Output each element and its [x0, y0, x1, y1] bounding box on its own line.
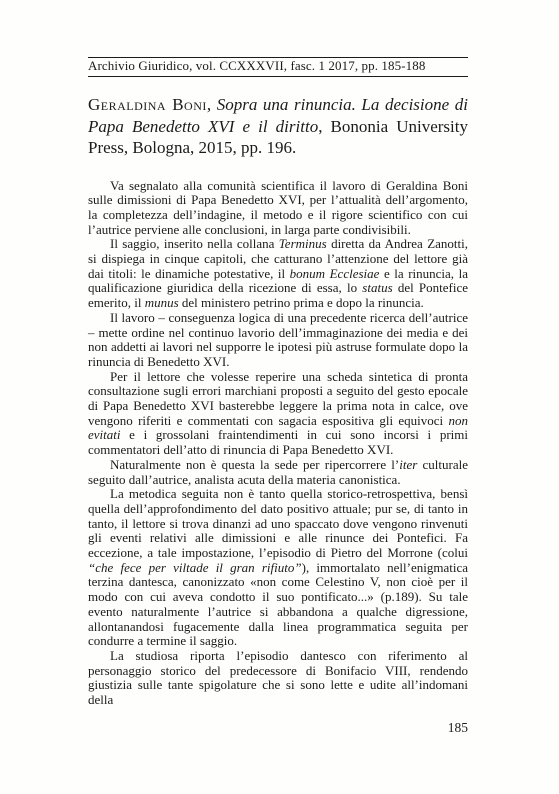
review-paragraph-1: Va segnalato alla comunità scientifica i… [88, 179, 468, 238]
text-run: Per il lettore che volesse reperire una … [88, 369, 468, 428]
review-paragraph-6: La metodica seguita non è tanto quella s… [88, 487, 468, 649]
text-run: Terminus [279, 236, 327, 251]
text-run: Naturalmente non è questa la sede per ri… [110, 457, 399, 472]
review-paragraph-4: Per il lettore che volesse reperire una … [88, 370, 468, 458]
journal-page: Archivio Giuridico, vol. CCXXXVII, fasc.… [0, 0, 559, 794]
running-header: Archivio Giuridico, vol. CCXXXVII, fasc.… [88, 57, 468, 77]
review-paragraph-3: Il lavoro – conseguenza logica di una pr… [88, 311, 468, 370]
page-number: 185 [88, 720, 468, 736]
content-column: Archivio Giuridico, vol. CCXXXVII, fasc.… [88, 57, 468, 708]
text-run: Va segnalato alla comunità scientifica i… [88, 178, 468, 237]
review-paragraph-2: Il saggio, inserito nella collana Termin… [88, 237, 468, 311]
text-run: iter [399, 457, 417, 472]
review-paragraph-5: Naturalmente non è questa la sede per ri… [88, 458, 468, 487]
text-run: La metodica seguita non è tanto quella s… [88, 486, 468, 560]
running-header-text: Archivio Giuridico, vol. CCXXXVII, fasc.… [88, 58, 425, 73]
text-run: Il lavoro – conseguenza logica di una pr… [88, 310, 468, 369]
book-review-title: Geraldina Boni, Sopra una rinuncia. La d… [88, 94, 468, 159]
review-body: Va segnalato alla comunità scientifica i… [88, 179, 468, 708]
text-run: Il saggio, inserito nella collana [110, 236, 279, 251]
text-run: , [207, 95, 217, 114]
text-run: La studiosa riporta l’episodio dantesco … [88, 648, 468, 707]
text-run: status [362, 280, 392, 295]
text-run: Geraldina Boni [88, 95, 207, 114]
text-run: munus [145, 295, 179, 310]
review-paragraph-7: La studiosa riporta l’episodio dantesco … [88, 649, 468, 708]
text-run: del ministero petrino prima e dopo la ri… [179, 295, 424, 310]
text-run: “che fece per viltade il gran rifiuto” [88, 560, 302, 575]
text-run: bonum Ecclesiae [290, 266, 380, 281]
text-run: e i grossolani fraintendimenti in cui so… [88, 427, 468, 457]
